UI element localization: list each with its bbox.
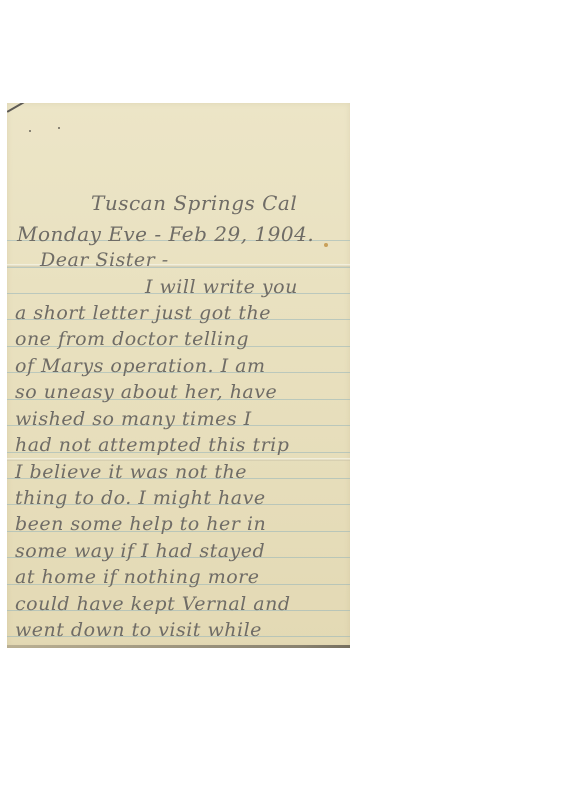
- letter-line: of Marys operation. I am: [15, 357, 266, 376]
- letter-line: had not attempted this trip: [15, 436, 289, 455]
- ink-dot: [29, 130, 31, 132]
- letter-line: some way if I had stayed: [15, 542, 265, 561]
- ink-dot: [58, 127, 60, 129]
- letter-line: so uneasy about her, have: [15, 383, 277, 402]
- letter-line: I will write you: [145, 278, 298, 297]
- ink-stroke-mark: [7, 103, 25, 113]
- letter-line: at home if nothing more: [15, 568, 259, 587]
- letter-line: wished so many times I: [15, 410, 252, 429]
- letter-line: went down to visit while: [15, 621, 262, 640]
- letter-dateline: Monday Eve - Feb 29, 1904.: [17, 224, 314, 244]
- paper-stain: [324, 243, 328, 247]
- letter-page: Tuscan Springs Cal Monday Eve - Feb 29, …: [7, 103, 350, 648]
- letter-place: Tuscan Springs Cal: [91, 193, 297, 213]
- letter-line: been some help to her in: [15, 515, 266, 534]
- letter-line: one from doctor telling: [15, 330, 249, 349]
- letter-line: could have kept Vernal and: [15, 595, 290, 614]
- letter-line: thing to do. I might have: [15, 489, 266, 508]
- letter-line: a short letter just got the: [15, 304, 271, 323]
- letter-salutation: Dear Sister -: [40, 251, 169, 270]
- letter-line: I believe it was not the: [15, 463, 247, 482]
